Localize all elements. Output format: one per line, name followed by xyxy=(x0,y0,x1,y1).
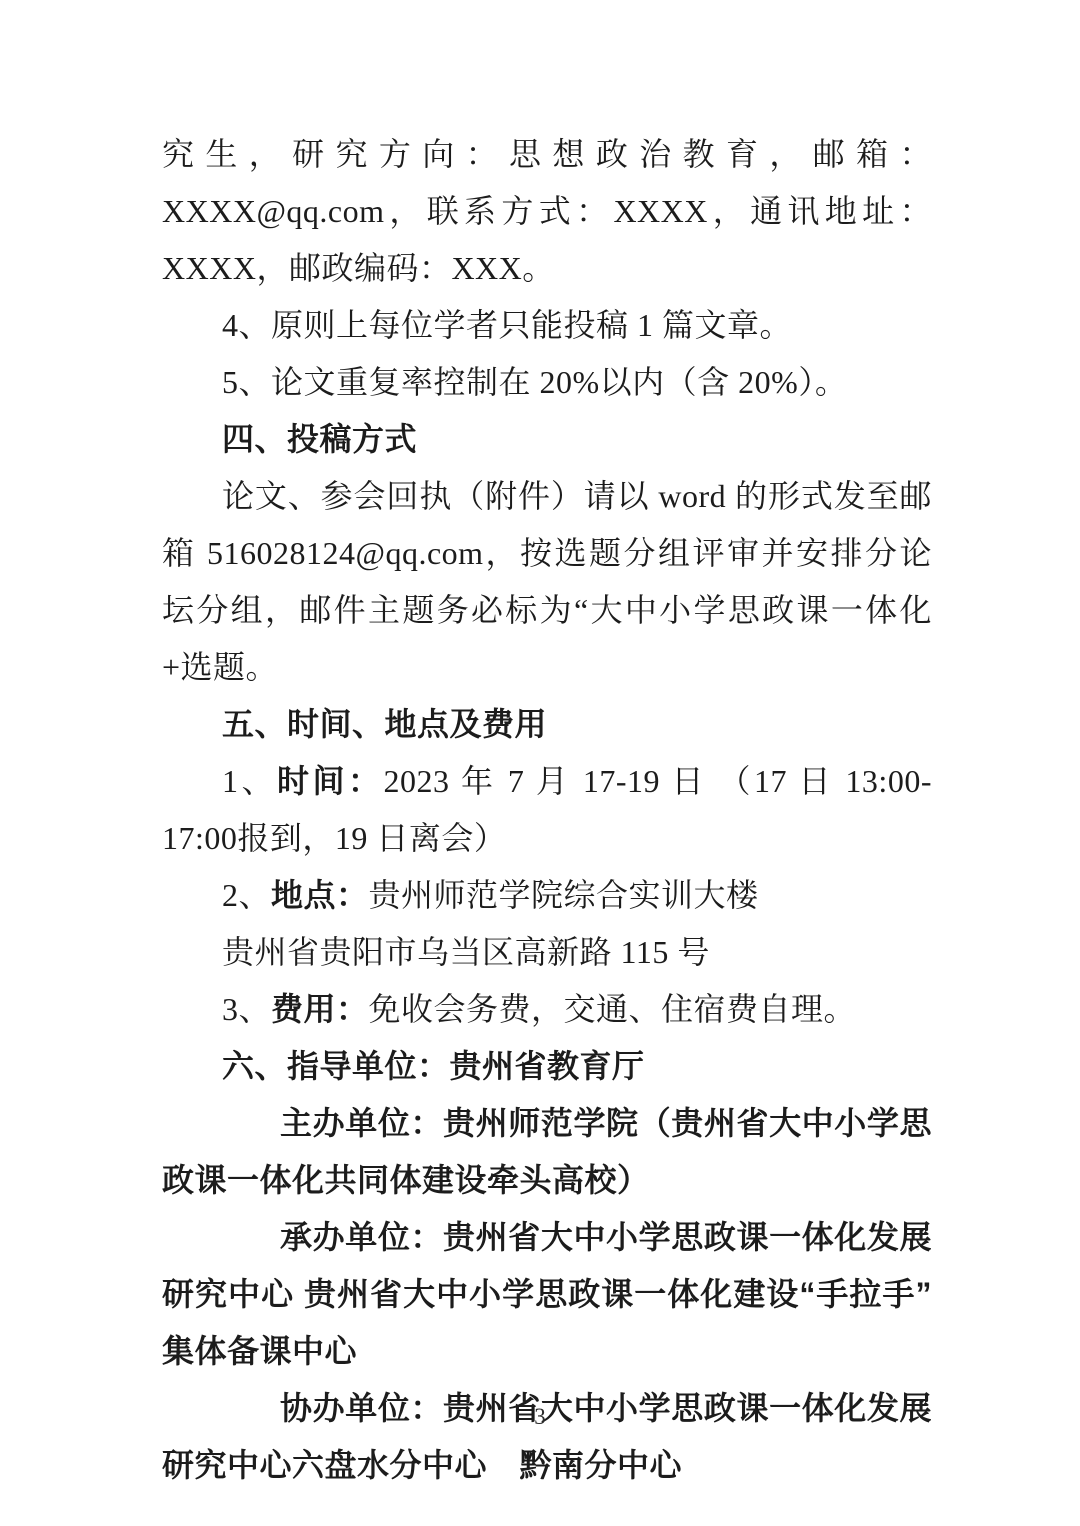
contact-continuation-paragraph: 究生，研究方向：思想政治教育，邮箱：XXXX@qq.com，联系方式：XXXX，… xyxy=(162,126,932,297)
time-item-number: 1、 xyxy=(222,763,277,799)
section-5-heading: 五、时间、地点及费用 xyxy=(162,696,932,753)
submission-paragraph: 论文、参会回执（附件）请以 word 的形式发至邮箱 516028124@qq.… xyxy=(162,468,932,696)
location-address-line: 贵州省贵阳市乌当区高新路 115 号 xyxy=(162,924,932,981)
fee-item: 3、费用：免收会务费，交通、住宿费自理。 xyxy=(162,981,932,1038)
time-item: 1、时间：2023 年 7 月 17-19 日 （17 日 13:00-17:0… xyxy=(162,753,932,867)
document-page: 究生，研究方向：思想政治教育，邮箱：XXXX@qq.com，联系方式：XXXX，… xyxy=(0,0,1080,1526)
host-unit-text: 主办单位：贵州师范学院（贵州省大中小学思政课一体化共同体建设牵头高校） xyxy=(162,1105,932,1198)
host-unit-paragraph: 主办单位：贵州师范学院（贵州省大中小学思政课一体化共同体建设牵头高校） xyxy=(162,1095,932,1209)
rule-item-4-text: 4、原则上每位学者只能投稿 1 篇文章。 xyxy=(222,307,792,343)
page-number: 3 xyxy=(0,1402,1080,1432)
section-4-heading-text: 四、投稿方式 xyxy=(222,421,417,457)
time-item-label: 时间： xyxy=(277,763,383,799)
fee-item-number: 3、 xyxy=(222,991,271,1027)
submission-paragraph-text: 论文、参会回执（附件）请以 word 的形式发至邮箱 516028124@qq.… xyxy=(162,478,932,685)
organizer-unit-paragraph: 承办单位：贵州省大中小学思政课一体化发展研究中心 贵州省大中小学思政课一体化建设… xyxy=(162,1209,932,1380)
section-4-heading: 四、投稿方式 xyxy=(162,411,932,468)
location-item-label: 地点： xyxy=(271,877,369,913)
rule-item-5-text: 5、论文重复率控制在 20%以内（含 20%）。 xyxy=(222,364,847,400)
fee-item-value: 免收会务费，交通、住宿费自理。 xyxy=(369,991,857,1027)
section-6-heading: 六、指导单位：贵州省教育厅 xyxy=(162,1038,932,1095)
section-6-heading-text: 六、指导单位：贵州省教育厅 xyxy=(222,1048,645,1084)
co-organizer-unit-paragraph: 协办单位：贵州省大中小学思政课一体化发展研究中心六盘水分中心 黔南分中心 xyxy=(162,1380,932,1494)
organizer-unit-text: 承办单位：贵州省大中小学思政课一体化发展研究中心 贵州省大中小学思政课一体化建设… xyxy=(162,1219,932,1369)
contact-continuation-text: 究生，研究方向：思想政治教育，邮箱：XXXX@qq.com，联系方式：XXXX，… xyxy=(162,136,932,286)
section-5-heading-text: 五、时间、地点及费用 xyxy=(222,706,547,742)
location-item-number: 2、 xyxy=(222,877,271,913)
document-body: 究生，研究方向：思想政治教育，邮箱：XXXX@qq.com，联系方式：XXXX，… xyxy=(162,126,932,1494)
rule-item-4: 4、原则上每位学者只能投稿 1 篇文章。 xyxy=(162,297,932,354)
location-address-text: 贵州省贵阳市乌当区高新路 115 号 xyxy=(222,934,710,970)
fee-item-label: 费用： xyxy=(271,991,369,1027)
location-item: 2、地点：贵州师范学院综合实训大楼 xyxy=(162,867,932,924)
location-item-value: 贵州师范学院综合实训大楼 xyxy=(369,877,759,913)
rule-item-5: 5、论文重复率控制在 20%以内（含 20%）。 xyxy=(162,354,932,411)
